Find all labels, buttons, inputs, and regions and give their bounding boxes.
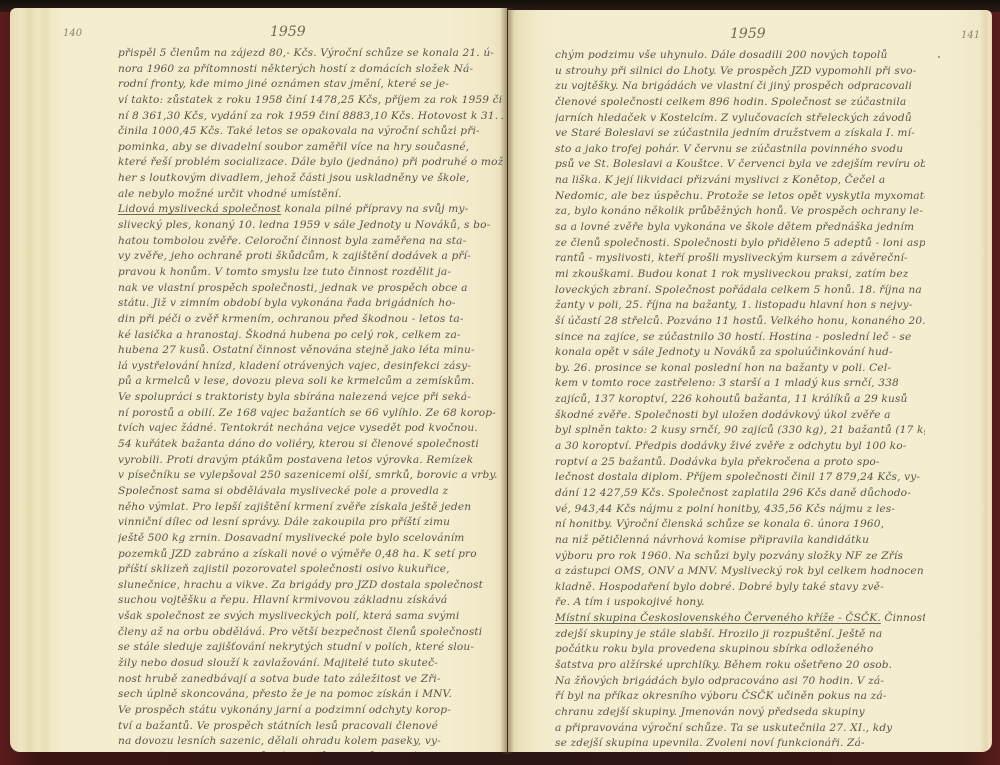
line-text: byl splněn takto: 2 kusy srnčí, 90 zajíc…: [555, 424, 925, 436]
text-line: Nedomic, ale bez úspěchu. Protože se let…: [555, 189, 925, 205]
text-line: sto a jako trofej pohár. V červnu se zúč…: [555, 142, 925, 158]
text-line: din při péči o zvěř krmením, ochranou př…: [118, 312, 503, 328]
line-text: loveckých zbraní. Společnost pořádala ce…: [555, 284, 925, 296]
text-line: ké lasička a hranostaj. Škodná hubena po…: [118, 328, 503, 344]
text-line: since na zajíce, se zúčastnilo 30 hostí.…: [555, 330, 925, 346]
text-line: pominka, aby se divadelní soubor zaměřil…: [118, 140, 503, 156]
page-number-right: 141: [961, 30, 980, 41]
line-text: šatstva pro alžírské uprchlíky. Během ro…: [555, 659, 892, 671]
line-text: žily nebo dosud slouží k zavlažování. Ma…: [118, 657, 438, 669]
text-line: se zdejší skupina upevnila. Zvoleni noví…: [555, 736, 925, 752]
line-text: by. 26. prosince se konal poslední hon n…: [555, 362, 891, 374]
line-text: slivecký ples, konaný 10. ledna 1959 v s…: [118, 219, 490, 231]
text-line: pů a krmelců v lese, dovozu pleva soli k…: [118, 374, 503, 390]
text-line: Společnost sama si obdělávala myslivecké…: [118, 484, 503, 500]
line-text: jarních hledaček v Kostelcím. Z vylučova…: [555, 112, 912, 124]
line-text: nost hrubě zanedbávají a sotva bude tato…: [118, 673, 441, 685]
right-page: 1959 141 chým podzimu vše uhynulo. Dále …: [508, 10, 992, 752]
text-line: však společnost ze svých mysliveckých po…: [118, 609, 503, 625]
text-line: roptví a 25 bažantů. Dodávka byla překro…: [555, 455, 925, 471]
line-text: nak ve vlastní prospěch společnosti, jed…: [118, 282, 468, 294]
text-line: her s loutkovým divadlem, jehož části js…: [118, 171, 503, 187]
text-line: sech úplně skoncována, přesto že je na p…: [118, 687, 503, 703]
text-line: tvích vajec žádné. Tentokrát nechána vej…: [118, 421, 503, 437]
text-line: vyrobili. Proti dravým ptákům postavena …: [118, 453, 503, 469]
left-page: 140 1959 přispěl 5 členům na zájezd 80,-…: [10, 8, 507, 752]
text-line: chým podzimu vše uhynulo. Dále dosadili …: [555, 48, 925, 64]
text-line: ří byl na příkaz okresního výboru ČSČK u…: [555, 689, 925, 705]
line-text: roptví a 25 bažantů. Dodávka byla překro…: [555, 456, 880, 468]
text-line: nak ve vlastní prospěch společnosti, jed…: [118, 281, 503, 297]
text-line: zdejší skupiny je stále slabší. Hrozilo …: [555, 627, 925, 643]
text-line: na liška. K její likvidaci přizváni mysl…: [555, 173, 925, 189]
text-line: ale nebylo možné určit vhodné umístění.: [118, 187, 503, 203]
text-line: slivecký ples, konaný 10. ledna 1959 v s…: [118, 218, 503, 234]
line-text: Nedomic, ale bez úspěchu. Protože se let…: [555, 190, 925, 202]
line-text: 54 kuřátek bažanta dáno do voliéry, kter…: [118, 438, 479, 450]
page-number-left: 140: [63, 28, 82, 39]
line-text: kem v tomto roce zastřeleno: 3 starší a …: [555, 377, 899, 389]
text-line: a připravována výroční schůze. Ta se usk…: [555, 721, 925, 737]
line-text: sech úplně skoncována, přesto že je na p…: [118, 688, 452, 700]
text-line: zajíců, 137 koroptví, 226 kohoutů bažant…: [555, 392, 925, 408]
line-text: na dovozu lesních sazenic, dělali ohradu…: [118, 735, 441, 747]
line-text: pů a krmelců v lese, dovozu pleva soli k…: [118, 375, 475, 387]
line-text: nora 1960 za přítomnosti některých hostí…: [118, 63, 473, 75]
line-text: ře. A tím i uspokojivé hony.: [555, 596, 705, 608]
line-text: zajíců, 137 koroptví, 226 kohoutů bažant…: [555, 393, 908, 405]
line-text: since na zajíce, se zúčastnilo 30 hostí.…: [555, 331, 911, 343]
text-line: které řeší problém socializace. Dále byl…: [118, 155, 503, 171]
line-text: na niž pětičlenná návrhová komise připra…: [555, 534, 869, 546]
line-text: hubena 27 kusů. Ostatní činnost věnována…: [118, 344, 475, 356]
text-line: loveckých zbraní. Společnost pořádala ce…: [555, 283, 925, 299]
section-heading: Lidová myslivecká společnost: [118, 203, 281, 215]
text-line: ní honitby. Výroční členská schůze se ko…: [555, 517, 925, 533]
text-line: kladně. Hospodaření bylo dobré. Dobré by…: [555, 580, 925, 596]
line-text: něho výmlat. Pro lepší zajištění krmení …: [118, 501, 471, 513]
line-text: mi zkouškami. Budou konat 1 rok myslivec…: [555, 268, 909, 280]
text-line: něho výmlat. Pro lepší zajištění krmení …: [118, 500, 503, 516]
text-line: sa a lovné zvěře byla vykonána ve škole …: [555, 220, 925, 236]
text-line: hatou tombolou zvěře. Celoroční činnost …: [118, 234, 503, 250]
line-text: počátku roku byla provedena skupinou sbí…: [555, 643, 873, 655]
line-text: sto a jako trofej pohár. V červnu se zúč…: [555, 143, 903, 155]
year-header-right: 1959: [730, 26, 766, 42]
line-text: u strouhy při silnici do Lhoty. Ve prosp…: [555, 65, 916, 77]
line-text: vé, 943,44 Kčs nájmu z polní honitby, 43…: [555, 503, 895, 515]
line-text: sa a lovné zvěře byla vykonána ve škole …: [555, 221, 914, 233]
line-text: přispěl 5 členům na zájezd 80,- Kčs. Výr…: [118, 47, 494, 59]
line-text: Společnost sama si obdělávala myslivecké…: [118, 485, 448, 497]
text-line: Ve spolupráci s traktoristy byla sbírána…: [118, 390, 503, 406]
text-line: dání 12 427,59 Kčs. Společnost zaplatila…: [555, 486, 925, 502]
text-line: přispěl 5 členům na zájezd 80,- Kčs. Výr…: [118, 46, 503, 62]
text-line: šatstva pro alžírské uprchlíky. Během ro…: [555, 658, 925, 674]
text-line: zu vojtěšky. Na brigádách ve vlastní či …: [555, 79, 925, 95]
text-line: hubena 27 kusů. Ostatní činnost věnována…: [118, 343, 503, 359]
text-line: ní 8 361,30 Kčs, vydání za rok 1959 činí…: [118, 109, 503, 125]
line-text: vinniční dílec od lesní správy. Dále zak…: [118, 516, 450, 528]
text-line: státu. Již v zimním období byla vykonána…: [118, 296, 503, 312]
text-line: lečnost dostala diplom. Příjem společnos…: [555, 470, 925, 486]
line-text: ní honitby. Výroční členská schůze se ko…: [555, 518, 884, 530]
line-text: ří byl na příkaz okresního výboru ČSČK u…: [555, 690, 887, 702]
text-line: žily nebo dosud slouží k zavlažování. Ma…: [118, 656, 503, 672]
line-text: tví a bažantů. Ve prospěch státních lesů…: [118, 720, 438, 732]
text-line: u strouhy při silnici do Lhoty. Ve prosp…: [555, 64, 925, 80]
text-line: sadili přes 1100 sazenic různých keřů a …: [118, 750, 503, 752]
text-line: škodné zvěře. Společnosti byl uložen dod…: [555, 408, 925, 424]
text-line: nora 1960 za přítomnosti některých hostí…: [118, 62, 503, 78]
line-text: a 30 koroptví. Předpis dodávky živé zvěř…: [555, 440, 907, 452]
line-text: výboru pro rok 1960. Na schůzi byly pozv…: [555, 550, 903, 562]
line-text: členy až na orbu obdělává. Pro větší bez…: [118, 626, 482, 638]
paper-speck: [938, 56, 940, 58]
line-text: rodní fronty, kde mimo jiné oznámen stav…: [118, 78, 449, 90]
book-gutter: [500, 8, 514, 754]
text-line: ještě 500 kg zrnin. Dosavadní myslivecké…: [118, 531, 503, 547]
line-text: zdejší skupiny je stále slabší. Hrozilo …: [555, 628, 882, 640]
text-line: vy zvěře, jeho ochraně proti škůdcům, k …: [118, 249, 503, 265]
text-line: jarních hledaček v Kostelcím. Z vylučova…: [555, 111, 925, 127]
text-line: tví a bažantů. Ve prospěch státních lesů…: [118, 719, 503, 735]
text-line: kem v tomto roce zastřeleno: 3 starší a …: [555, 376, 925, 392]
line-text: rantů - myslivosti, kteří prošli myslive…: [555, 252, 908, 264]
text-line: rantů - myslivosti, kteří prošli myslive…: [555, 251, 925, 267]
line-text: zu vojtěšky. Na brigádách ve vlastní či …: [555, 80, 912, 92]
text-line: vinniční dílec od lesní správy. Dále zak…: [118, 515, 503, 531]
line-text: činila 1000,45 Kčs. Také letos se opakov…: [118, 125, 480, 137]
text-line: slunečnice, hrachu a vikve. Za brigády p…: [118, 578, 503, 594]
text-line: výboru pro rok 1960. Na schůzi byly pozv…: [555, 549, 925, 565]
line-text: však společnost ze svých mysliveckých po…: [118, 610, 459, 622]
text-line: ře. A tím i uspokojivé hony.: [555, 595, 925, 611]
text-line: lá vystřelování hnízd, kladení otrávenýc…: [118, 359, 503, 375]
text-line: Lidová myslivecká společnost konala piln…: [118, 202, 503, 218]
line-text: Činnost: [881, 612, 925, 624]
text-line: Na žňových brigádách bylo odpracováno as…: [555, 674, 925, 690]
text-line: za, bylo konáno několik průběžných honů.…: [555, 204, 925, 220]
text-line: nost hrubě zanedbávají a sotva bude tato…: [118, 672, 503, 688]
text-line: by. 26. prosince se konal poslední hon n…: [555, 361, 925, 377]
line-text: Ve prospěch státu vykonány jarní a podzi…: [118, 704, 451, 716]
text-line: počátku roku byla provedena skupinou sbí…: [555, 642, 925, 658]
text-line: ze členů společnosti. Společnosti bylo p…: [555, 236, 925, 252]
line-text: lá vystřelování hnízd, kladení otrávenýc…: [118, 360, 471, 372]
line-text: ví takto: zůstatek z roku 1958 činí 1478…: [118, 94, 503, 106]
line-text: tvích vajec žádné. Tentokrát nechána vej…: [118, 422, 478, 434]
text-line: pravou k honům. V tomto smyslu lze tuto …: [118, 265, 503, 281]
line-text: a připravována výroční schůze. Ta se usk…: [555, 722, 892, 734]
line-text: chým podzimu vše uhynulo. Dále dosadili …: [555, 49, 887, 61]
text-line: žanty v poli, 25. října na bažanty, 1. l…: [555, 298, 925, 314]
text-line: ní porostů a obilí. Ze 168 vajec bažantí…: [118, 406, 503, 422]
text-line: v písečníku se vylepšoval 250 sazenicemi…: [118, 468, 503, 484]
text-line: byl splněn takto: 2 kusy srnčí, 90 zajíc…: [555, 423, 925, 439]
text-line: se stále sleduje zajišťování nekrytých s…: [118, 640, 503, 656]
text-line: Ve prospěch státu vykonány jarní a podzi…: [118, 703, 503, 719]
text-line: na dovozu lesních sazenic, dělali ohradu…: [118, 734, 503, 750]
line-text: v písečníku se vylepšoval 250 sazenicemi…: [118, 469, 498, 481]
line-text: kladně. Hospodaření bylo dobré. Dobré by…: [555, 581, 884, 593]
text-line: Místní skupina Československého Červenéh…: [555, 611, 925, 627]
line-text: suchou vojtěšku a řepu. Hlavní krmivovou…: [118, 594, 447, 606]
line-text: vyrobili. Proti dravým ptákům postavena …: [118, 454, 473, 466]
line-text: ze členů společnosti. Společnosti bylo p…: [555, 237, 925, 249]
line-text: ještě 500 kg zrnin. Dosavadní myslivecké…: [118, 532, 464, 544]
text-line: vé, 943,44 Kčs nájmu z polní honitby, 43…: [555, 502, 925, 518]
line-text: sadili přes 1100 sazenic různých keřů a …: [118, 751, 459, 752]
text-line: členové společnosti celkem 896 hodin. Sp…: [555, 95, 925, 111]
text-line: 54 kuřátek bažanta dáno do voliéry, kter…: [118, 437, 503, 453]
section-heading: Místní skupina Československého Červenéh…: [555, 612, 881, 624]
text-line: psů ve St. Boleslavi a Kouštce. V červen…: [555, 157, 925, 173]
line-text: hatou tombolou zvěře. Celoroční činnost …: [118, 235, 466, 247]
line-text: ší účastí 28 střelců. Pozváno 11 hostů. …: [555, 315, 925, 327]
line-text: pozemků JZD zabráno a získali nové o vým…: [118, 548, 477, 560]
line-text: ní porostů a obilí. Ze 168 vajec bažantí…: [118, 407, 496, 419]
line-text: se zdejší skupina upevnila. Zvoleni noví…: [555, 737, 865, 749]
line-text: škodné zvěře. Společnosti byl uložen dod…: [555, 409, 891, 421]
line-text: lečnost dostala diplom. Příjem společnos…: [555, 471, 920, 483]
text-line: suchou vojtěšku a řepu. Hlavní krmivovou…: [118, 593, 503, 609]
line-text: chranu zdejší skupiny. Jmenován nový pře…: [555, 706, 865, 718]
line-text: Na žňových brigádách bylo odpracováno as…: [555, 675, 884, 687]
line-text: ké lasička a hranostaj. Škodná hubena po…: [118, 329, 461, 341]
text-line: na niž pětičlenná návrhová komise připra…: [555, 533, 925, 549]
text-line: mi zkouškami. Budou konat 1 rok myslivec…: [555, 267, 925, 283]
line-text: příští sklizeň zajistil pozorovatel spol…: [118, 563, 450, 575]
line-text: vy zvěře, jeho ochraně proti škůdcům, k …: [118, 250, 471, 262]
text-line: a zástupci OMS, ONV a MNV. Myslivecký ro…: [555, 564, 925, 580]
line-text: se stále sleduje zajišťování nekrytých s…: [118, 641, 474, 653]
line-text: pravou k honům. V tomto smyslu lze tuto …: [118, 266, 451, 278]
line-text: ní 8 361,30 Kčs, vydání za rok 1959 činí…: [118, 110, 503, 122]
text-line: ví takto: zůstatek z roku 1958 činí 1478…: [118, 93, 503, 109]
line-text: a zástupci OMS, ONV a MNV. Myslivecký ro…: [555, 565, 924, 577]
text-line: rodní fronty, kde mimo jiné oznámen stav…: [118, 77, 503, 93]
line-text: státu. Již v zimním období byla vykonána…: [118, 297, 456, 309]
text-line: a 30 koroptví. Předpis dodávky živé zvěř…: [555, 439, 925, 455]
text-line: chranu zdejší skupiny. Jmenován nový pře…: [555, 705, 925, 721]
line-text: konala pilné přípravy na svůj my-: [281, 203, 468, 215]
text-line: pozemků JZD zabráno a získali nové o vým…: [118, 547, 503, 563]
line-text: členové společnosti celkem 896 hodin. Sp…: [555, 96, 906, 108]
line-text: din při péči o zvěř krmením, ochranou př…: [118, 313, 464, 325]
line-text: pominka, aby se divadelní soubor zaměřil…: [118, 141, 469, 153]
line-text: žanty v poli, 25. října na bažanty, 1. l…: [555, 299, 913, 311]
text-line: konala opět v sále Jednoty u Nováků za s…: [555, 345, 925, 361]
text-line: příští sklizeň zajistil pozorovatel spol…: [118, 562, 503, 578]
text-line: činila 1000,45 Kčs. Také letos se opakov…: [118, 124, 503, 140]
line-text: ale nebylo možné určit vhodné umístění.: [118, 188, 342, 200]
line-text: her s loutkovým divadlem, jehož části js…: [118, 172, 470, 184]
line-text: slunečnice, hrachu a vikve. Za brigády p…: [118, 579, 483, 591]
line-text: dání 12 427,59 Kčs. Společnost zaplatila…: [555, 487, 911, 499]
text-line: ší účastí 28 střelců. Pozváno 11 hostů. …: [555, 314, 925, 330]
left-page-text: přispěl 5 členům na zájezd 80,- Kčs. Výr…: [118, 46, 503, 752]
line-text: za, bylo konáno několik průběžných honů.…: [555, 205, 923, 217]
line-text: na liška. K její likvidaci přizváni mysl…: [555, 174, 885, 186]
line-text: které řeší problém socializace. Dále byl…: [118, 156, 503, 168]
line-text: psů ve St. Boleslavi a Kouštce. V červen…: [555, 158, 925, 170]
line-text: ve Staré Boleslavi se zúčastnila jedním …: [555, 127, 915, 139]
text-line: členy až na orbu obdělává. Pro větší bez…: [118, 625, 503, 641]
text-line: ve Staré Boleslavi se zúčastnila jedním …: [555, 126, 925, 142]
line-text: konala opět v sále Jednoty u Nováků za s…: [555, 346, 893, 358]
year-header-left: 1959: [270, 24, 306, 40]
right-page-text: chým podzimu vše uhynulo. Dále dosadili …: [555, 48, 925, 752]
line-text: Ve spolupráci s traktoristy byla sbírána…: [118, 391, 471, 403]
